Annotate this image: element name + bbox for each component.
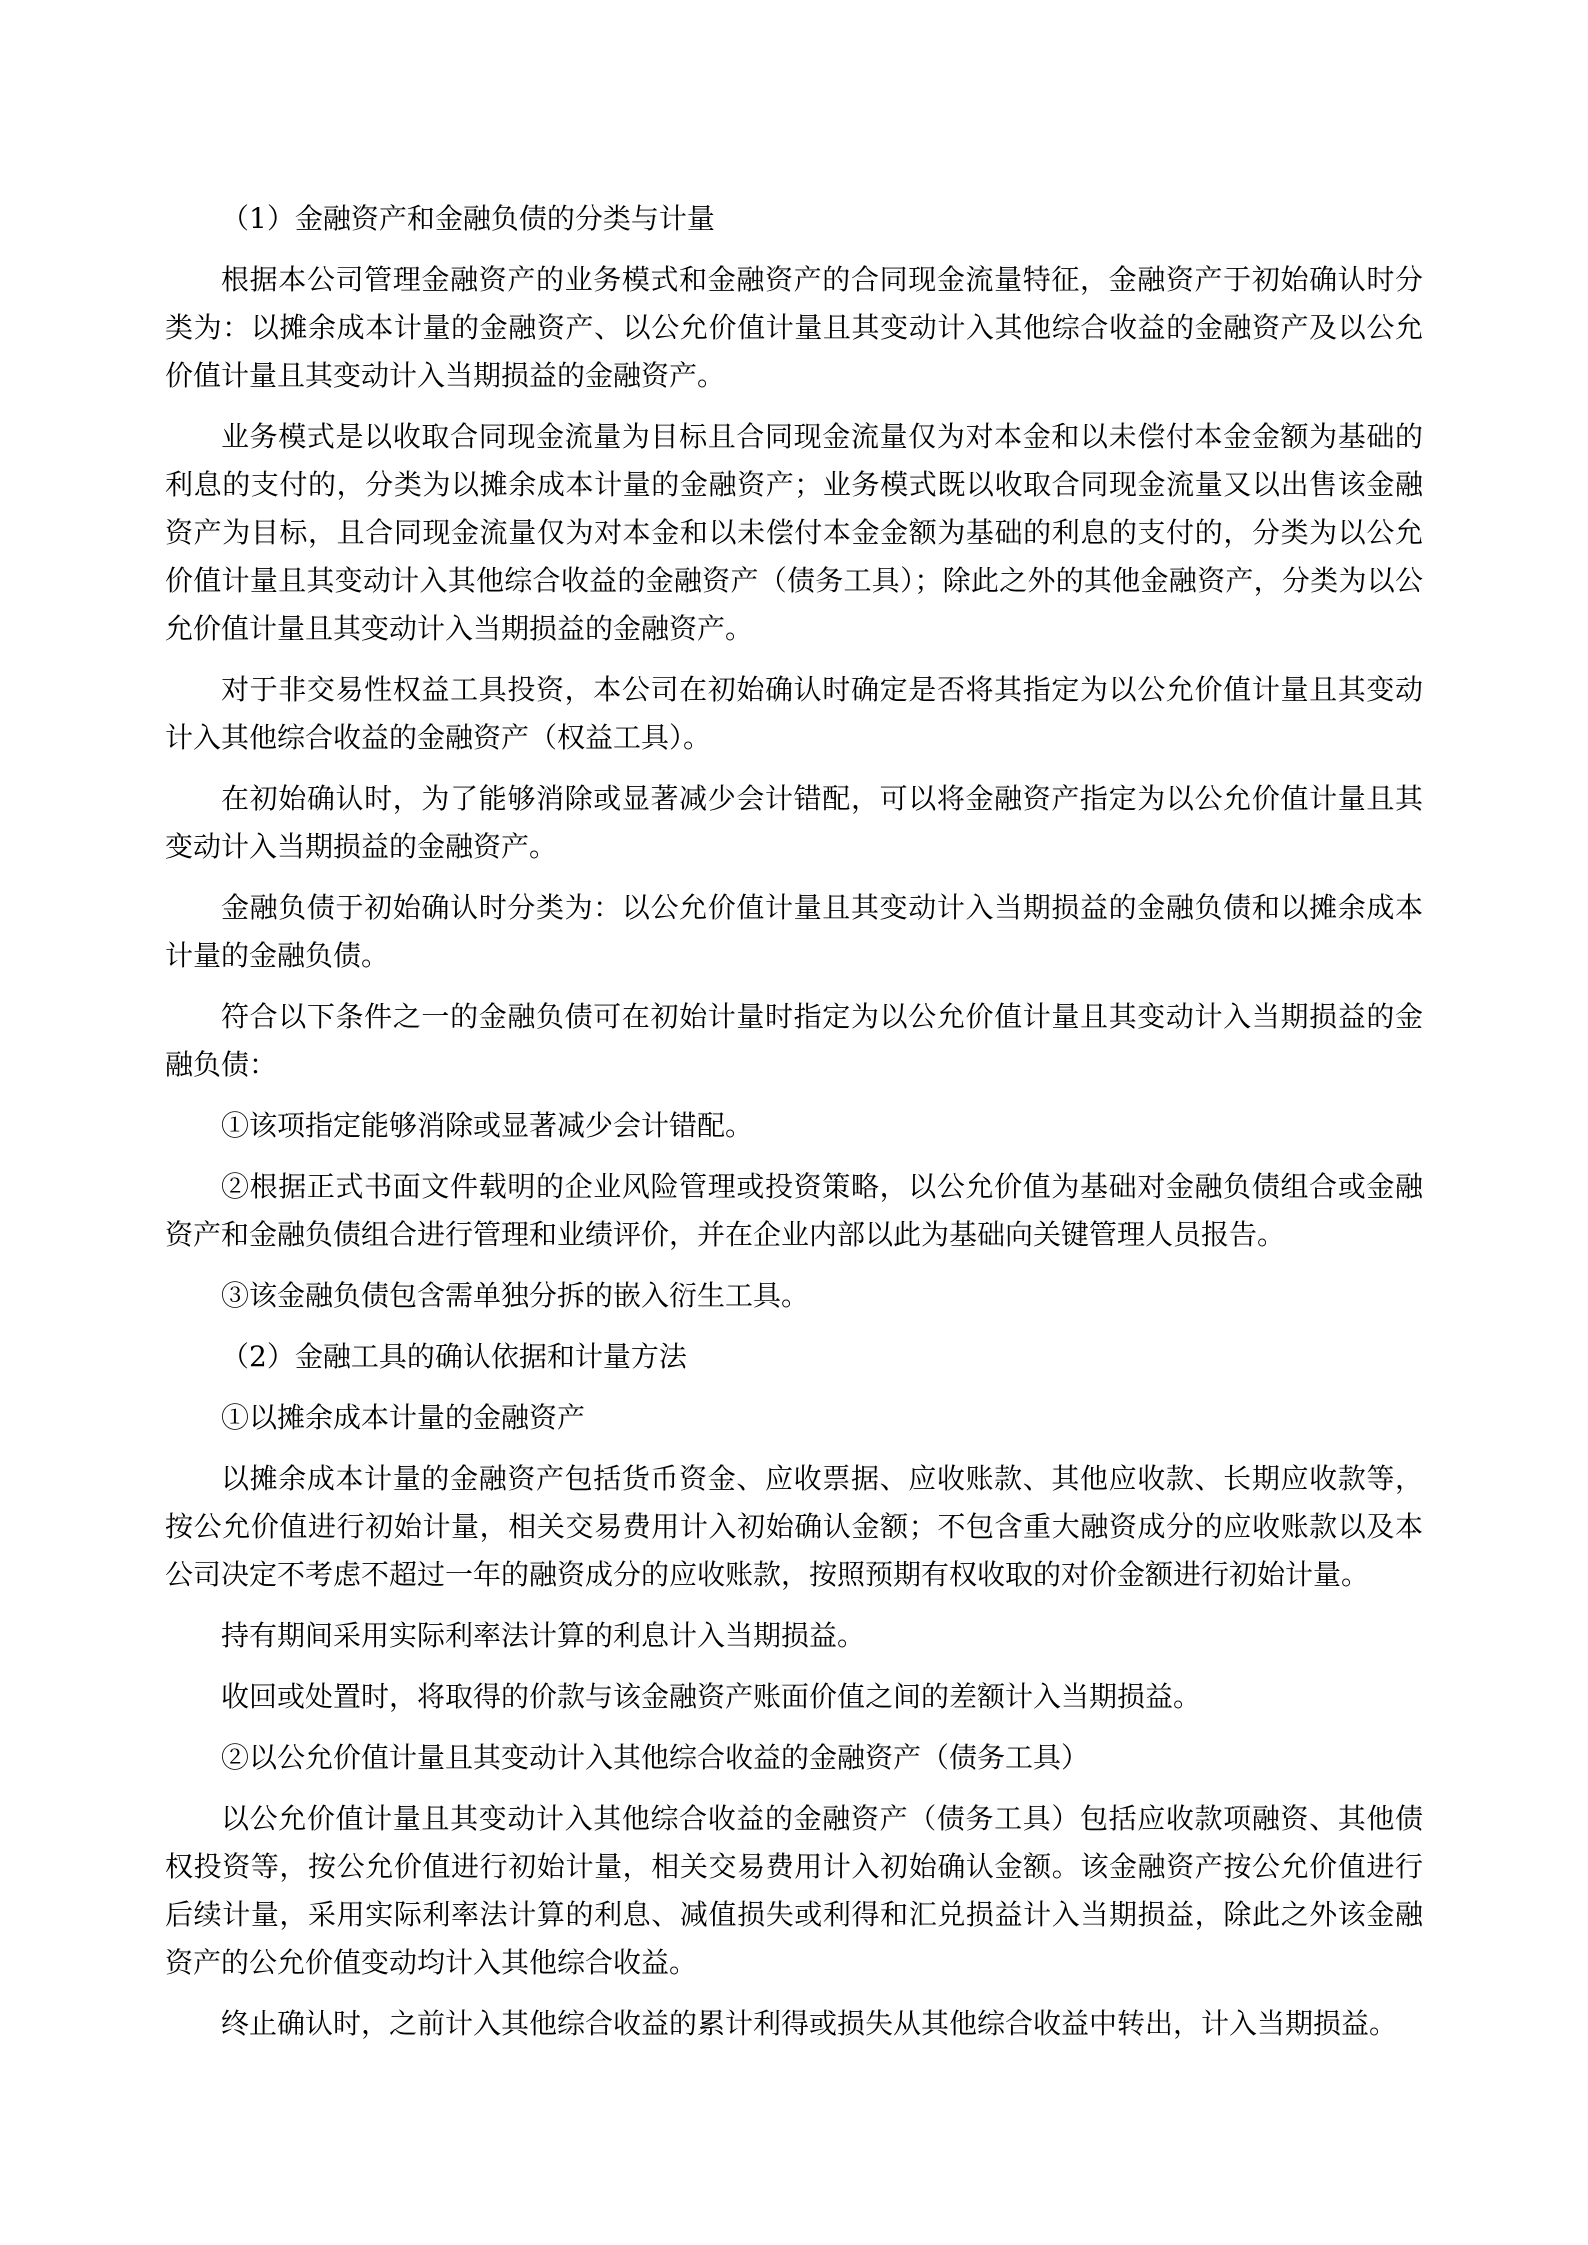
paragraph-liability-classes: 金融负债于初始确认时分类为：以公允价值计量且其变动计入当期损益的金融负债和以摊余… bbox=[165, 884, 1423, 980]
paragraph-interest-holding: 持有期间采用实际利率法计算的利息计入当期损益。 bbox=[165, 1612, 1423, 1660]
list-item-condition-2: ②根据正式书面文件载明的企业风险管理或投资策略，以公允价值为基础对金融负债组合或… bbox=[165, 1163, 1423, 1259]
paragraph-disposal: 收回或处置时，将取得的价款与该金融资产账面价值之间的差额计入当期损益。 bbox=[165, 1673, 1423, 1721]
list-item-amortized-cost-title: ①以摊余成本计量的金融资产 bbox=[165, 1394, 1423, 1442]
paragraph-equity-instrument: 对于非交易性权益工具投资，本公司在初始确认时确定是否将其指定为以公允价值计量且其… bbox=[165, 666, 1423, 762]
paragraph-business-model: 业务模式是以收取合同现金流量为目标且合同现金流量仅为对本金和以未偿付本金金额为基… bbox=[165, 413, 1423, 653]
list-item-condition-1: ①该项指定能够消除或显著减少会计错配。 bbox=[165, 1102, 1423, 1150]
list-item-fvoci-title: ②以公允价值计量且其变动计入其他综合收益的金融资产（债务工具） bbox=[165, 1734, 1423, 1782]
list-item-condition-3: ③该金融负债包含需单独分拆的嵌入衍生工具。 bbox=[165, 1272, 1423, 1320]
paragraph-initial-recognition: 在初始确认时，为了能够消除或显著减少会计错配，可以将金融资产指定为以公允价值计量… bbox=[165, 775, 1423, 871]
paragraph-classification: 根据本公司管理金融资产的业务模式和金融资产的合同现金流量特征，金融资产于初始确认… bbox=[165, 256, 1423, 400]
section-heading-1: （1）金融资产和金融负债的分类与计量 bbox=[165, 195, 1423, 243]
paragraph-amortized-cost-detail: 以摊余成本计量的金融资产包括货币资金、应收票据、应收账款、其他应收款、长期应收款… bbox=[165, 1455, 1423, 1599]
section-heading-2: （2）金融工具的确认依据和计量方法 bbox=[165, 1333, 1423, 1381]
paragraph-fvoci-detail: 以公允价值计量且其变动计入其他综合收益的金融资产（债务工具）包括应收款项融资、其… bbox=[165, 1795, 1423, 1987]
document-page: （1）金融资产和金融负债的分类与计量 根据本公司管理金融资产的业务模式和金融资产… bbox=[0, 0, 1588, 2245]
paragraph-liability-conditions: 符合以下条件之一的金融负债可在初始计量时指定为以公允价值计量且其变动计入当期损益… bbox=[165, 993, 1423, 1089]
paragraph-derecognition: 终止确认时，之前计入其他综合收益的累计利得或损失从其他综合收益中转出，计入当期损… bbox=[165, 2000, 1423, 2048]
